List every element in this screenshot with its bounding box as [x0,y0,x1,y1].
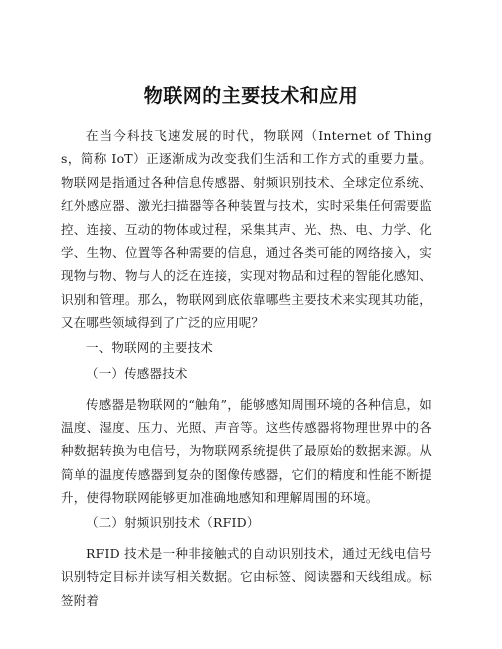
document-page: 物联网的主要技术和应用 在当今科技飞速发展的时代，物联网（Internet of… [0,0,502,649]
intro-paragraph: 在当今科技飞速发展的时代，物联网（Internet of Things，简称 I… [61,124,432,335]
subsection-heading-rfid: （二）射频识别技术（RFID） [61,510,432,536]
subsection-heading-sensor-technology: （一）传感器技术 [61,361,432,387]
rfid-paragraph: RFID 技术是一种非接触式的自动识别技术，通过无线电信号识别特定目标并读写相关… [61,542,432,612]
section-heading-main-technologies: 一、物联网的主要技术 [61,335,432,361]
sensor-technology-paragraph: 传感器是物联网的“触角”，能够感知周围环境的各种信息，如温度、湿度、压力、光照、… [61,393,432,510]
document-title: 物联网的主要技术和应用 [0,84,502,110]
